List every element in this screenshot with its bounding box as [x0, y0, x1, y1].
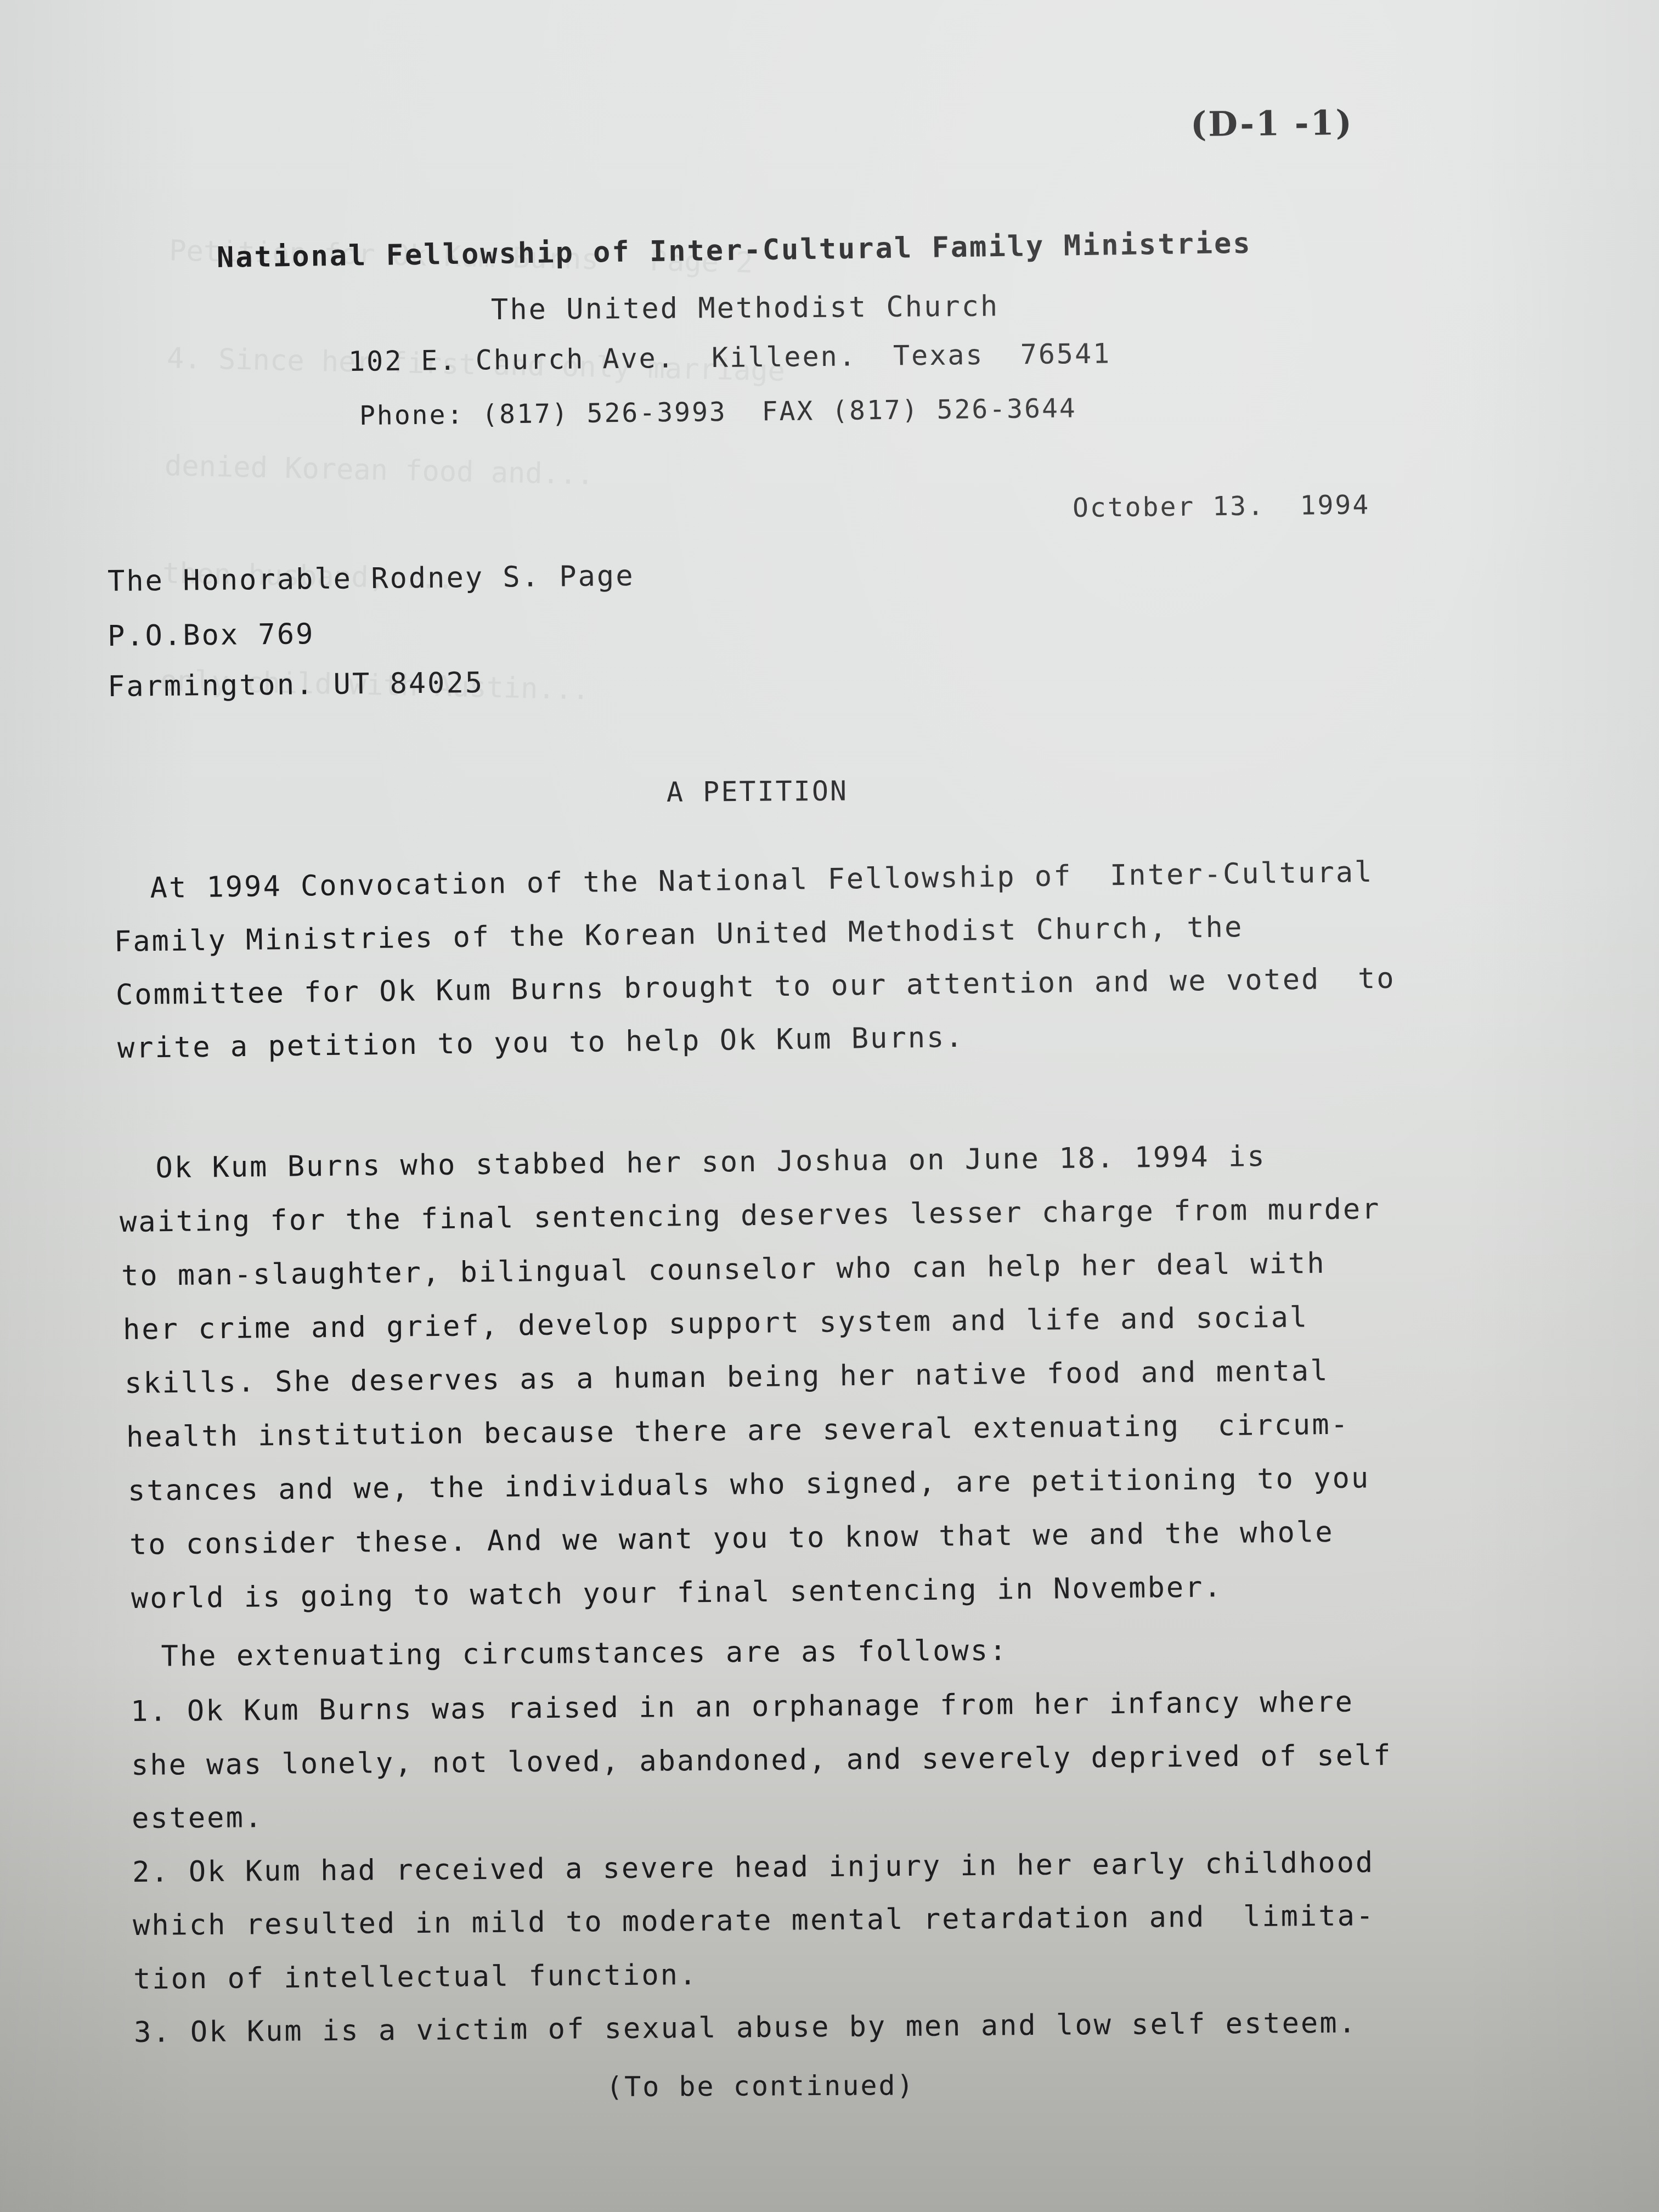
- text-line: 1. Ok Kum Burns was raised in an orphana…: [131, 1685, 1354, 1728]
- document-page: Petition for Ok Kum Burns Page 2 4. Sinc…: [0, 0, 1659, 2212]
- text-line: she was lonely, not loved, abandoned, an…: [131, 1739, 1392, 1781]
- text-line: At 1994 Convocation of the National Fell…: [112, 856, 1374, 905]
- text-line: Committee for Ok Kum Burns brought to ou…: [116, 962, 1396, 1012]
- recipient-city: Farmington. UT 84025: [108, 667, 484, 703]
- text-line: Ok Kum Burns who stabbed her son Joshua …: [118, 1140, 1266, 1185]
- text-line: The extenuating circumstances are as fol…: [123, 1634, 1008, 1673]
- reference-code: (D-1 -1): [1190, 103, 1354, 144]
- text-line: esteem.: [132, 1801, 264, 1835]
- text-line: 3. Ok Kum is a victim of sexual abuse by…: [134, 2006, 1357, 2049]
- text-line: write a petition to you to help Ok Kum B…: [117, 1021, 964, 1065]
- text-line: health institution because there are sev…: [126, 1408, 1350, 1454]
- text-line: her crime and grief, develop support sys…: [123, 1301, 1309, 1346]
- church-name: The United Methodist Church: [491, 290, 1000, 326]
- recipient-po-box: P.O.Box 769: [108, 618, 315, 653]
- closing-note: (To be continued): [606, 2069, 915, 2103]
- text-line: tion of intellectual function.: [133, 1958, 698, 1995]
- petition-title: A PETITION: [667, 775, 848, 808]
- text-line: Family Ministries of the Korean United M…: [114, 911, 1244, 958]
- text-line: waiting for the final sentencing deserve…: [120, 1193, 1381, 1239]
- recipient-name: The Honorable Rodney S. Page: [108, 560, 635, 598]
- letter-date: October 13. 1994: [1073, 489, 1370, 523]
- text-line: world is going to watch your final sente…: [131, 1571, 1223, 1615]
- text-line: stances and we, the individuals who sign…: [128, 1462, 1370, 1508]
- text-line: to man-slaughter, bilingual counselor wh…: [121, 1247, 1326, 1293]
- text-line: to consider these. And we want you to kn…: [129, 1516, 1334, 1561]
- text-line: 2. Ok Kum had received a severe head inj…: [132, 1846, 1375, 1889]
- text-line: skills. She deserves as a human being he…: [125, 1355, 1329, 1400]
- text-line: which resulted in mild to moderate menta…: [133, 1899, 1375, 1942]
